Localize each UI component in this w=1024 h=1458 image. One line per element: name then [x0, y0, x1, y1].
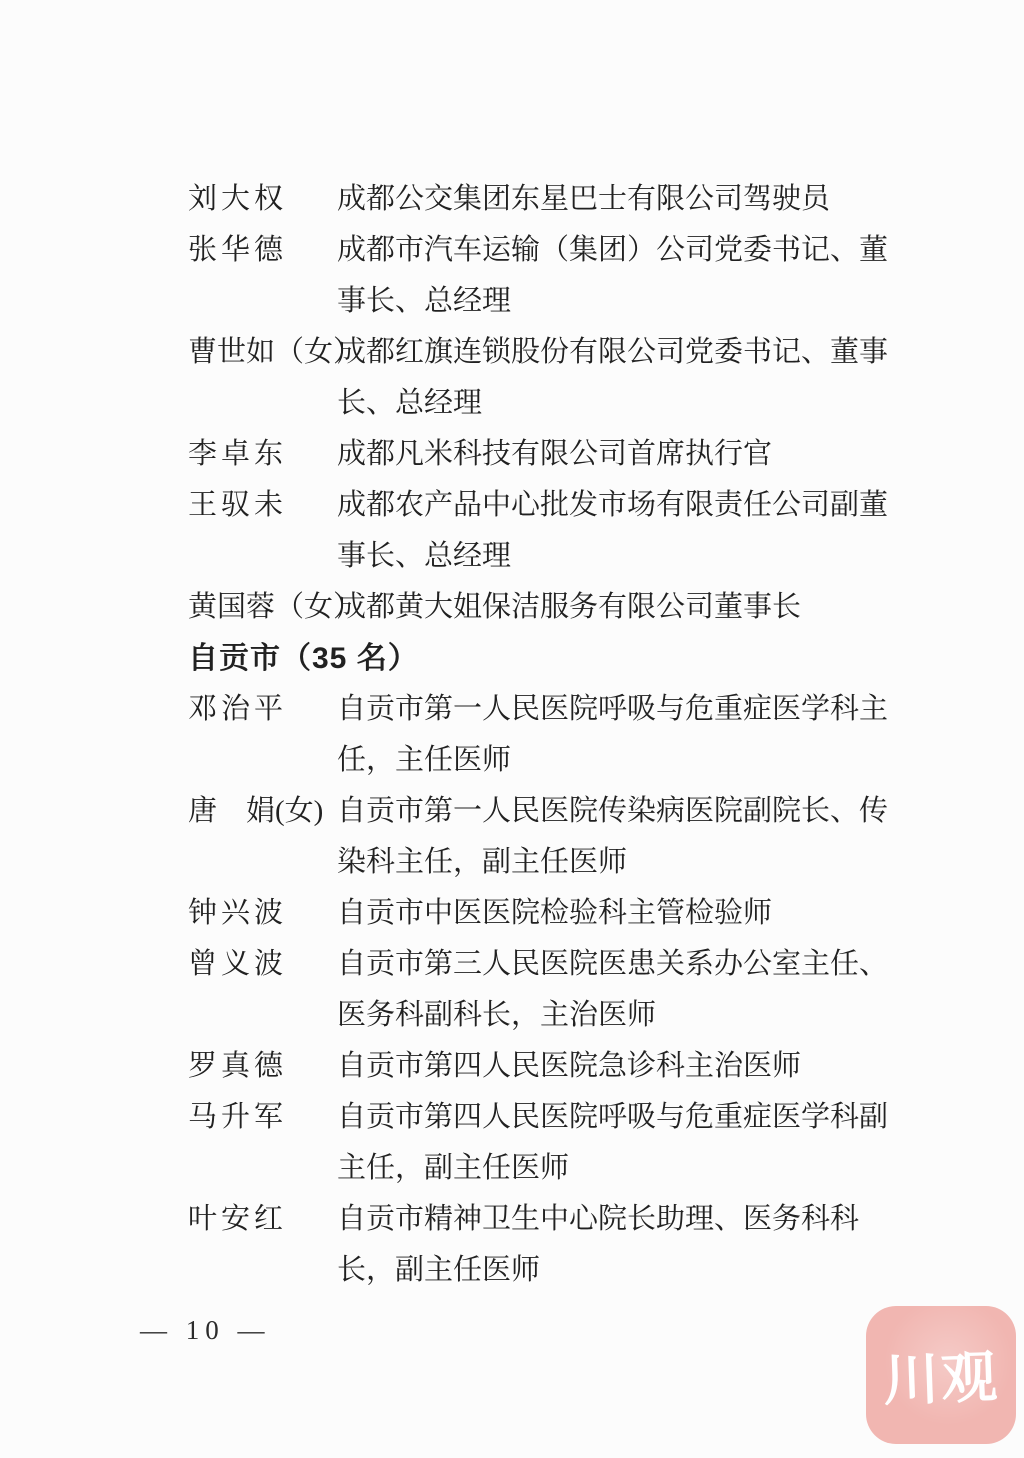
roster-row: 曾义波 自贡市第三人民医院医患关系办公室主任、医务科副科长，主治医师 [188, 939, 903, 1041]
person-title: 成都市汽车运输（集团）公司党委书记、董事长、总经理 [337, 225, 900, 327]
roster-row: 唐 娟(女) 自贡市第一人民医院传染病医院副院长、传染科主任，副主任医师 [188, 786, 903, 888]
city-section-heading-zigong: 自贡市（35 名） [188, 633, 903, 684]
roster-row: 黄国蓉（女） 成都黄大姐保洁服务有限公司董事长 [188, 582, 903, 633]
person-title: 自贡市第四人民医院急诊科主治医师 [337, 1041, 900, 1092]
person-title: 成都黄大姐保洁服务有限公司董事长 [337, 582, 900, 633]
person-name: 叶安红 [188, 1194, 337, 1245]
person-name: 黄国蓉（女） [188, 582, 337, 633]
roster-row: 罗真德 自贡市第四人民医院急诊科主治医师 [188, 1041, 903, 1092]
document-page: 刘大权 成都公交集团东星巴士有限公司驾驶员 张华德 成都市汽车运输（集团）公司党… [0, 0, 1024, 1458]
person-name: 曾义波 [188, 939, 337, 990]
person-name: 张华德 [188, 225, 337, 276]
page-number: — 10 — [140, 1305, 271, 1356]
roster-row: 钟兴波 自贡市中医医院检验科主管检验师 [188, 888, 903, 939]
person-title: 自贡市第四人民医院呼吸与危重症医学科副主任，副主任医师 [337, 1092, 900, 1194]
person-title: 自贡市第一人民医院传染病医院副院长、传染科主任，副主任医师 [337, 786, 900, 888]
chuanguan-news-logo: 川观 [866, 1306, 1016, 1444]
person-name: 李卓东 [188, 429, 337, 480]
roster-row: 马升军 自贡市第四人民医院呼吸与危重症医学科副主任，副主任医师 [188, 1092, 903, 1194]
person-title: 自贡市第一人民医院呼吸与危重症医学科主任，主任医师 [337, 684, 900, 786]
person-name: 邓治平 [188, 684, 337, 735]
person-title: 自贡市中医医院检验科主管检验师 [337, 888, 900, 939]
roster-row: 邓治平 自贡市第一人民医院呼吸与危重症医学科主任，主任医师 [188, 684, 903, 786]
roster-content: 刘大权 成都公交集团东星巴士有限公司驾驶员 张华德 成都市汽车运输（集团）公司党… [188, 174, 903, 1296]
person-name: 钟兴波 [188, 888, 337, 939]
person-name: 王驭未 [188, 480, 337, 531]
person-title: 自贡市第三人民医院医患关系办公室主任、医务科副科长，主治医师 [337, 939, 900, 1041]
person-title: 成都凡米科技有限公司首席执行官 [337, 429, 900, 480]
roster-row: 曹世如（女） 成都红旗连锁股份有限公司党委书记、董事长、总经理 [188, 327, 903, 429]
roster-row: 张华德 成都市汽车运输（集团）公司党委书记、董事长、总经理 [188, 225, 903, 327]
roster-row: 王驭未 成都农产品中心批发市场有限责任公司副董事长、总经理 [188, 480, 903, 582]
person-title: 自贡市精神卫生中心院长助理、医务科科长，副主任医师 [337, 1194, 900, 1296]
chuanguan-logo-text: 川观 [882, 1333, 1001, 1417]
person-title: 成都公交集团东星巴士有限公司驾驶员 [337, 174, 900, 225]
person-title: 成都红旗连锁股份有限公司党委书记、董事长、总经理 [337, 327, 900, 429]
person-name: 曹世如（女） [188, 327, 337, 378]
roster-row: 刘大权 成都公交集团东星巴士有限公司驾驶员 [188, 174, 903, 225]
person-name: 罗真德 [188, 1041, 337, 1092]
person-title: 成都农产品中心批发市场有限责任公司副董事长、总经理 [337, 480, 900, 582]
roster-row: 叶安红 自贡市精神卫生中心院长助理、医务科科长，副主任医师 [188, 1194, 903, 1296]
person-name: 刘大权 [188, 174, 337, 225]
person-name: 马升军 [188, 1092, 337, 1143]
person-name: 唐 娟(女) [188, 786, 337, 837]
roster-row: 李卓东 成都凡米科技有限公司首席执行官 [188, 429, 903, 480]
